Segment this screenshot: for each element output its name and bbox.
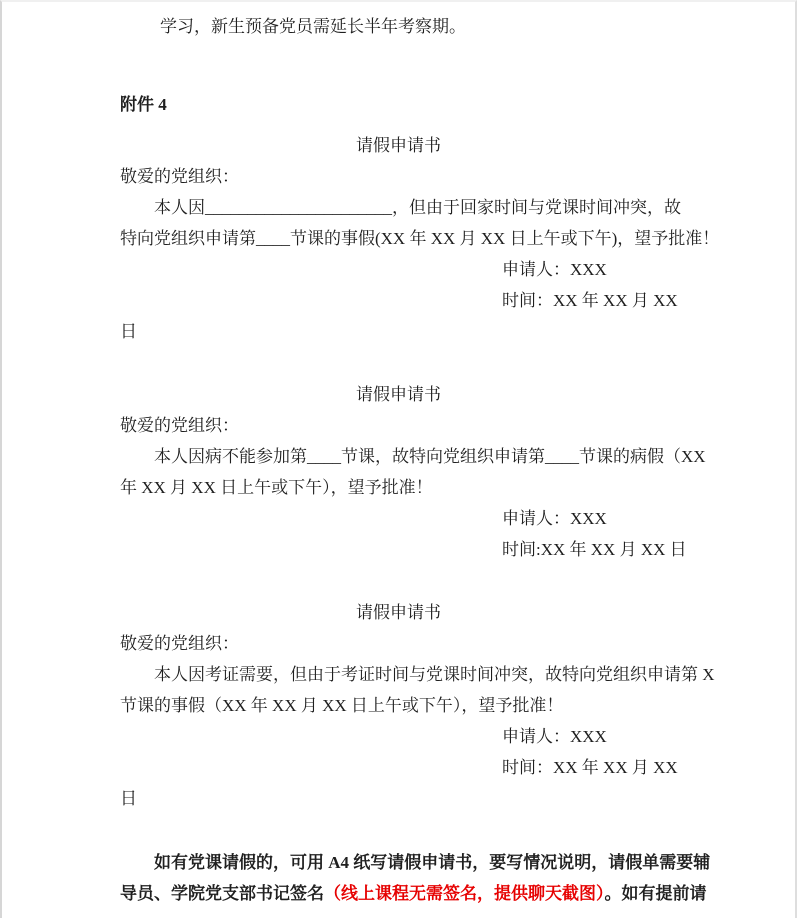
footer-note-text-after: 。如有提前请: [605, 884, 707, 903]
body-line: 特向党组织申请第____节课的事假(XX 年 XX 月 XX 日上午或下午)，望…: [120, 223, 677, 254]
footer-note-text-before: 导员、学院党支部书记签名: [120, 884, 324, 903]
applicant-line: 申请人：XXX: [120, 254, 677, 285]
section-title: 请假申请书: [120, 130, 677, 161]
footer-note-highlight-text: （线上课程无需签名，提供聊天截图）: [324, 884, 605, 903]
page-content: 学习，新生预备党员需延长半年考察期。 附件 4 请假申请书 敬爱的党组织： 本人…: [120, 2, 677, 909]
continuation-paragraph-line: 学习，新生预备党员需延长半年考察期。: [120, 11, 677, 42]
body-line: 本人因______________________，但由于回家时间与党课时间冲突…: [120, 192, 677, 223]
applicant-line: 申请人：XXX: [120, 503, 677, 534]
document-page: 学习，新生预备党员需延长半年考察期。 附件 4 请假申请书 敬爱的党组织： 本人…: [0, 0, 797, 918]
attachment-heading: 附件 4: [120, 89, 677, 120]
time-wrap-line: 日: [120, 783, 677, 814]
body-line: 节课的事假（XX 年 XX 月 XX 日上午或下午），望予批准！: [120, 690, 677, 721]
leave-application-section-3: 请假申请书 敬爱的党组织： 本人因考证需要，但由于考证时间与党课时间冲突，故特向…: [120, 597, 677, 814]
time-line: 时间:XX 年 XX 月 XX 日: [120, 534, 677, 565]
body-line: 本人因考证需要，但由于考证时间与党课时间冲突，故特向党组织申请第 X: [120, 659, 677, 690]
salutation: 敬爱的党组织：: [120, 161, 677, 192]
section-title: 请假申请书: [120, 379, 677, 410]
time-line: 时间：XX 年 XX 月 XX: [120, 285, 677, 316]
applicant-line: 申请人：XXX: [120, 721, 677, 752]
footer-note-line-1: 如有党课请假的，可用 A4 纸写请假申请书，要写情况说明，请假单需要辅: [120, 847, 677, 878]
time-line: 时间：XX 年 XX 月 XX: [120, 752, 677, 783]
footer-note: 如有党课请假的，可用 A4 纸写请假申请书，要写情况说明，请假单需要辅 导员、学…: [120, 847, 677, 909]
salutation: 敬爱的党组织：: [120, 628, 677, 659]
leave-application-section-2: 请假申请书 敬爱的党组织： 本人因病不能参加第____节课，故特向党组织申请第_…: [120, 379, 677, 565]
leave-application-section-1: 请假申请书 敬爱的党组织： 本人因______________________，…: [120, 130, 677, 347]
salutation: 敬爱的党组织：: [120, 410, 677, 441]
body-line: 年 XX 月 XX 日上午或下午），望予批准！: [120, 472, 677, 503]
section-title: 请假申请书: [120, 597, 677, 628]
body-line: 本人因病不能参加第____节课，故特向党组织申请第____节课的病假（XX: [120, 441, 677, 472]
time-wrap-line: 日: [120, 316, 677, 347]
footer-note-line-2: 导员、学院党支部书记签名（线上课程无需签名，提供聊天截图）。如有提前请: [120, 878, 677, 909]
